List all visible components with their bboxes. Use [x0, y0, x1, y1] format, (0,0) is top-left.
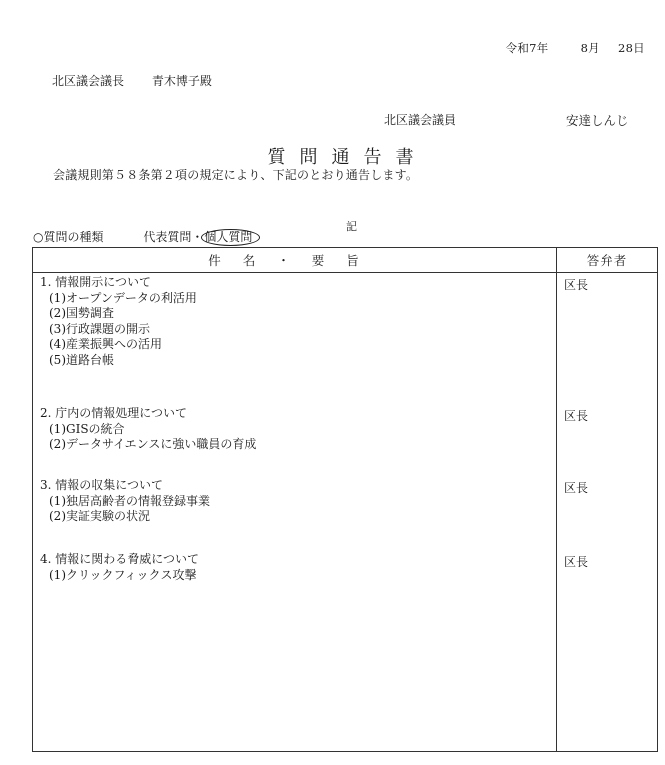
question-type: ○質問の種類 代表質問・個人質問: [33, 228, 260, 246]
notice-table: 件名・要旨 答弁者 1. 情報開示について (1)オープンデータの利活用 (2)…: [32, 247, 658, 752]
question-sub-item: (1)独居高齢者の情報登録事業: [40, 494, 210, 510]
question-sub-item: (2)データサイエンスに強い職員の育成: [40, 437, 256, 453]
answerer-value: 区長: [564, 479, 588, 496]
addressee-name: 青木博子殿: [152, 74, 212, 88]
header-answerer: 答弁者: [557, 248, 658, 273]
answerer-cell: 区長 区長 区長 区長: [557, 273, 658, 752]
question-sub-item: (3)行政課題の開示: [40, 322, 197, 338]
answerer-value: 区長: [564, 407, 588, 424]
question-sub-item: (1)オープンデータの利活用: [40, 291, 197, 307]
question-item: 3. 情報の収集について (1)独居高齢者の情報登録事業 (2)実証実験の状況: [40, 478, 210, 525]
subject-cell: 1. 情報開示について (1)オープンデータの利活用 (2)国勢調査 (3)行政…: [33, 273, 557, 752]
sender-name: 安達しんじ: [566, 111, 629, 129]
table-body-row: 1. 情報開示について (1)オープンデータの利活用 (2)国勢調査 (3)行政…: [33, 273, 658, 752]
answerer-value: 区長: [564, 276, 588, 293]
question-sub-item: (1)クリックフィックス攻撃: [40, 568, 199, 584]
question-item-title: 3. 情報の収集について: [40, 478, 210, 494]
date-month: 8月: [581, 40, 600, 56]
question-item-title: 2. 庁内の情報処理について: [40, 406, 256, 422]
header-subject: 件名・要旨: [33, 248, 557, 273]
question-sub-item: (2)実証実験の状況: [40, 509, 210, 525]
question-sub-item: (5)道路台帳: [40, 353, 197, 369]
answerer-value: 区長: [564, 553, 588, 570]
question-sub-item: (4)産業振興への活用: [40, 337, 197, 353]
question-item-title: 4. 情報に関わる脅威について: [40, 552, 199, 568]
date-day: 28日: [618, 40, 645, 56]
sender-title: 北区議会議員: [384, 111, 456, 128]
addressee: 北区議会議長 青木博子殿: [52, 72, 212, 89]
question-sub-item: (2)国勢調査: [40, 306, 197, 322]
intro-text: 会議規則第５８条第２項の規定により、下記のとおり通告します。: [53, 166, 418, 183]
table-header-row: 件名・要旨 答弁者: [33, 248, 658, 273]
question-type-options: 代表質問・個人質問: [143, 230, 260, 244]
question-item: 1. 情報開示について (1)オープンデータの利活用 (2)国勢調査 (3)行政…: [40, 275, 197, 368]
addressee-title: 北区議会議長: [52, 74, 124, 88]
option-individual-circled: 個人質問: [201, 229, 260, 246]
question-sub-item: (1)GISの統合: [40, 422, 256, 438]
question-item: 2. 庁内の情報処理について (1)GISの統合 (2)データサイエンスに強い職…: [40, 406, 256, 453]
question-item: 4. 情報に関わる脅威について (1)クリックフィックス攻撃: [40, 552, 199, 583]
date-era-year: 令和7年: [506, 40, 549, 56]
ki-label: 記: [346, 218, 357, 234]
question-type-label: ○質問の種類: [33, 230, 103, 244]
notice-date: 令和7年 8月 28日: [0, 40, 645, 56]
option-representative: 代表質問: [143, 230, 191, 244]
question-item-title: 1. 情報開示について: [40, 275, 197, 291]
